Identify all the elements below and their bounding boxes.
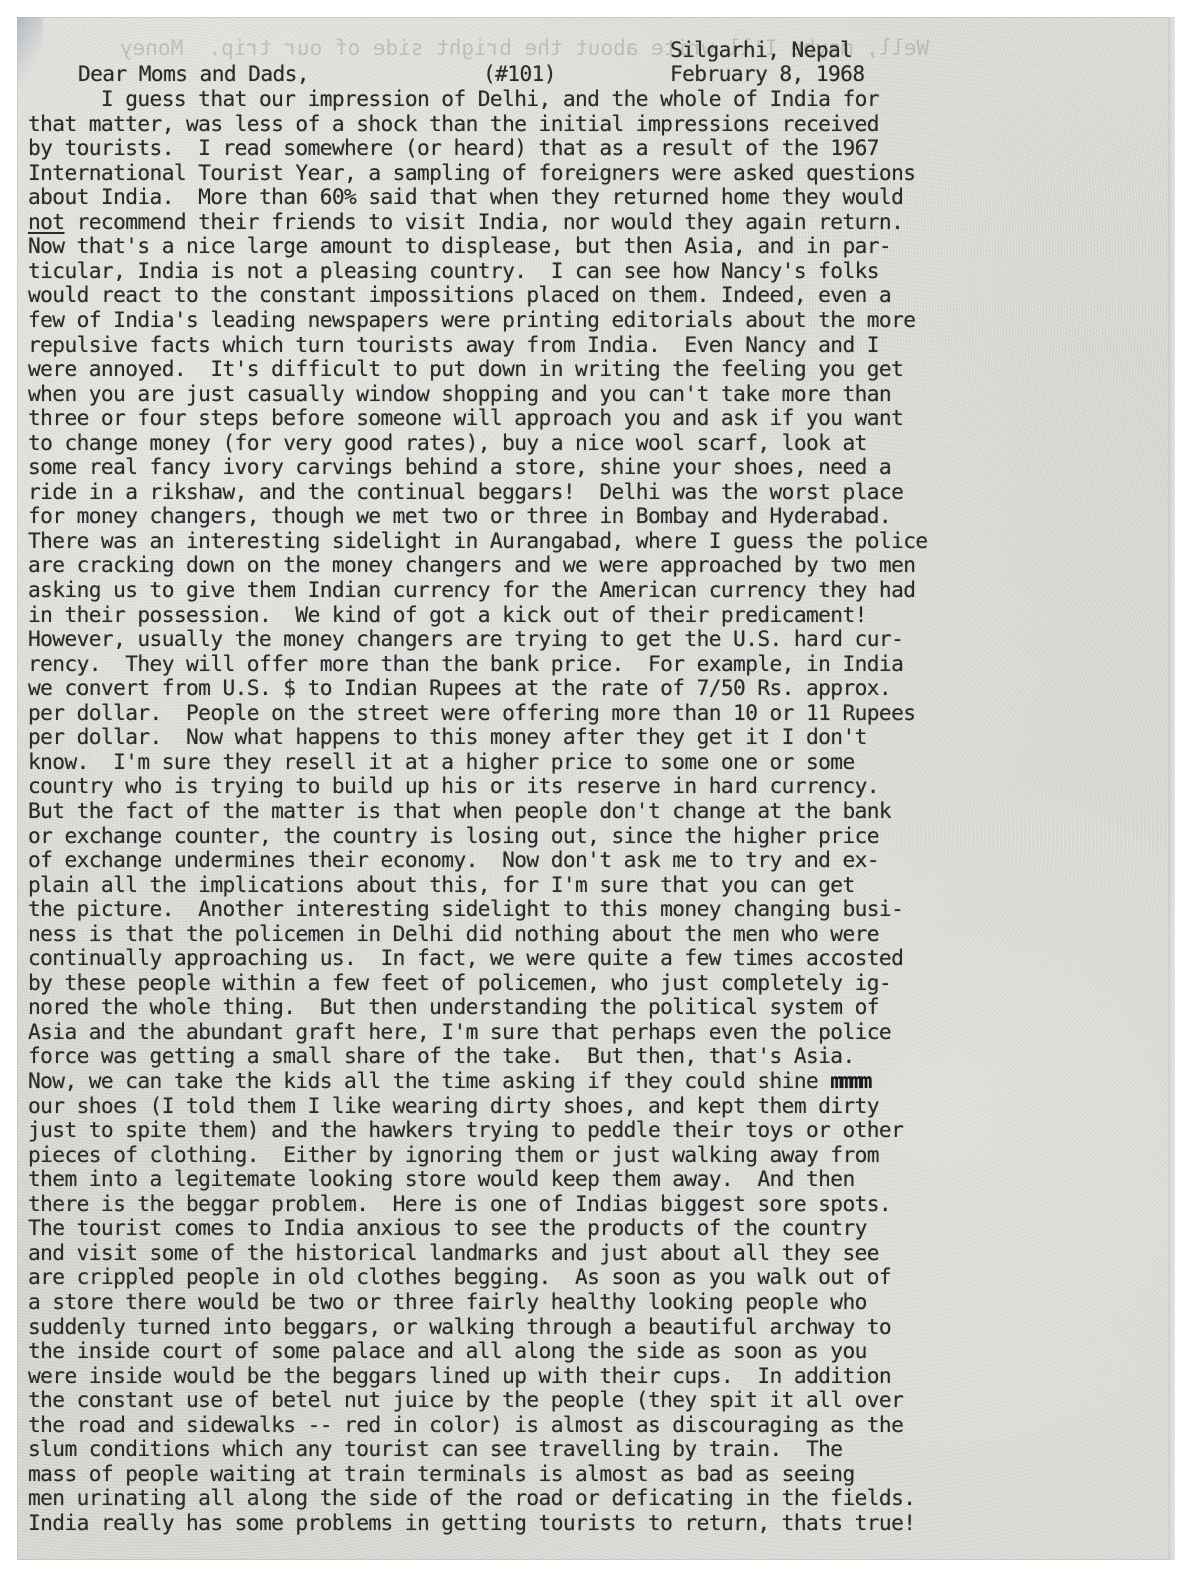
letter-line: are crippled people in old clothes beggi… — [28, 1265, 891, 1289]
letter-line: The tourist comes to India anxious to se… — [28, 1216, 867, 1240]
letter-line: by these people within a few feet of pol… — [28, 971, 891, 995]
letter-line: force was getting a small share of the t… — [28, 1044, 855, 1068]
struck-over-text: mmmm — [830, 1068, 869, 1093]
letter-line: or exchange counter, the country is losi… — [28, 824, 879, 848]
letter-line: ride in a rikshaw, and the continual beg… — [28, 480, 903, 504]
letter-line: our shoes (I told them I like wearing di… — [28, 1094, 879, 1118]
letter-line: the inside court of some palace and all … — [28, 1339, 867, 1363]
letter-line: Now, we can take the kids all the time a… — [28, 1069, 869, 1093]
letter-line: Now that's a nice large amount to disple… — [28, 234, 891, 258]
letter-line: men urinating all along the side of the … — [28, 1486, 915, 1510]
letter-line: we convert from U.S. $ to Indian Rupees … — [28, 676, 891, 700]
letter-line: by tourists. I read somewhere (or heard)… — [28, 136, 879, 160]
letter-line: just to spite them) and the hawkers tryi… — [28, 1118, 903, 1142]
letter-line: India really has some problems in gettin… — [28, 1511, 915, 1535]
letter-line: But the fact of the matter is that when … — [28, 799, 891, 823]
letter-line: I guess that our impression of Delhi, an… — [28, 87, 879, 111]
letter-line: suddenly turned into beggars, or walking… — [28, 1315, 891, 1339]
letter-line: There was an interesting sidelight in Au… — [28, 529, 928, 553]
letter-line: asking us to give them Indian currency f… — [28, 578, 915, 602]
letter-line: However, usually the money changers are … — [28, 627, 903, 651]
letter-line: them into a legitemate looking store wou… — [28, 1167, 855, 1191]
letter-line: the constant use of betel nut juice by t… — [28, 1388, 903, 1412]
letter-line: the picture. Another interesting sidelig… — [28, 897, 903, 921]
letter-line: about India. More than 60% said that whe… — [28, 185, 903, 209]
letter-line: the road and sidewalks -- red in color) … — [28, 1413, 903, 1437]
letter-line: slum conditions which any tourist can se… — [28, 1437, 842, 1461]
letter-line: for money changers, though we met two or… — [28, 504, 891, 528]
letter-line: rency. They will offer more than the ban… — [28, 652, 903, 676]
letter-number: (#101) — [483, 62, 556, 86]
letter-line: not recommend their friends to visit Ind… — [28, 210, 903, 234]
letter-line: nored the whole thing. But then understa… — [28, 995, 879, 1019]
letter-line: there is the beggar problem. Here is one… — [28, 1192, 891, 1216]
letter-line: International Tourist Year, a sampling o… — [28, 161, 915, 185]
letter-location: Silgarhi, Nepal — [670, 38, 852, 62]
letter-line: were inside would be the beggars lined u… — [28, 1364, 891, 1388]
typewritten-letter: Silgarhi, Nepal Dear Moms and Dads, (#10… — [0, 0, 1203, 1583]
letter-line: when you are just casually window shoppi… — [28, 382, 891, 406]
letter-line: in their possession. We kind of got a ki… — [28, 603, 867, 627]
letter-line: a store there would be two or three fair… — [28, 1290, 867, 1314]
letter-line: were annoyed. It's difficult to put down… — [28, 357, 903, 381]
letter-line: of exchange undermines their economy. No… — [28, 848, 879, 872]
letter-line: per dollar. People on the street were of… — [28, 701, 915, 725]
letter-line: few of India's leading newspapers were p… — [28, 308, 915, 332]
letter-line: ticular, India is not a pleasing country… — [28, 259, 879, 283]
letter-line: some real fancy ivory carvings behind a … — [28, 455, 891, 479]
letter-line: pieces of clothing. Either by ignoring t… — [28, 1143, 879, 1167]
letter-line: repulsive facts which turn tourists away… — [28, 333, 879, 357]
letter-greeting: Dear Moms and Dads, — [78, 62, 309, 86]
letter-line: to change money (for very good rates), b… — [28, 431, 867, 455]
letter-line: Asia and the abundant graft here, I'm su… — [28, 1020, 891, 1044]
letter-date: February 8, 1968 — [670, 62, 865, 86]
letter-line: are cracking down on the money changers … — [28, 553, 915, 577]
letter-line: would react to the constant impossitions… — [28, 283, 891, 307]
letter-line: ness is that the policemen in Delhi did … — [28, 922, 879, 946]
letter-line: three or four steps before someone will … — [28, 406, 903, 430]
underlined-word: not — [28, 209, 64, 234]
letter-line: know. I'm sure they resell it at a highe… — [28, 750, 855, 774]
letter-line: mass of people waiting at train terminal… — [28, 1462, 855, 1486]
letter-line: that matter, was less of a shock than th… — [28, 112, 879, 136]
letter-line: country who is trying to build up his or… — [28, 774, 879, 798]
letter-line: per dollar. Now what happens to this mon… — [28, 725, 867, 749]
letter-line: plain all the implications about this, f… — [28, 873, 855, 897]
letter-line: and visit some of the historical landmar… — [28, 1241, 879, 1265]
letter-line: continually approaching us. In fact, we … — [28, 946, 903, 970]
